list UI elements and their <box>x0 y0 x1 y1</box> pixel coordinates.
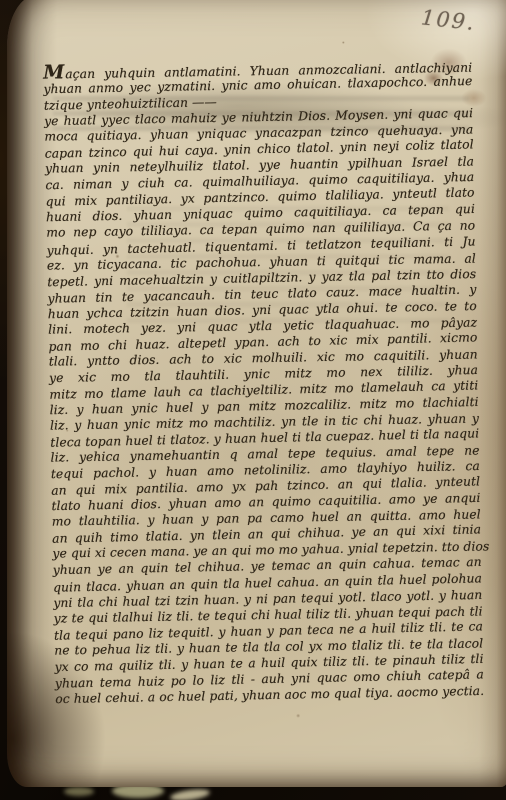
manuscript-photo: 109. Maçan yuhquin antlamatini. Yhuan an… <box>0 0 506 800</box>
page-number: 109. <box>420 5 492 36</box>
manuscript-page: 109. Maçan yuhquin antlamatini. Yhuan an… <box>7 0 506 787</box>
manuscript-text: Maçan yuhquin antlamatini. Yhuan anmozca… <box>43 57 484 707</box>
under-page-edge <box>64 787 94 796</box>
